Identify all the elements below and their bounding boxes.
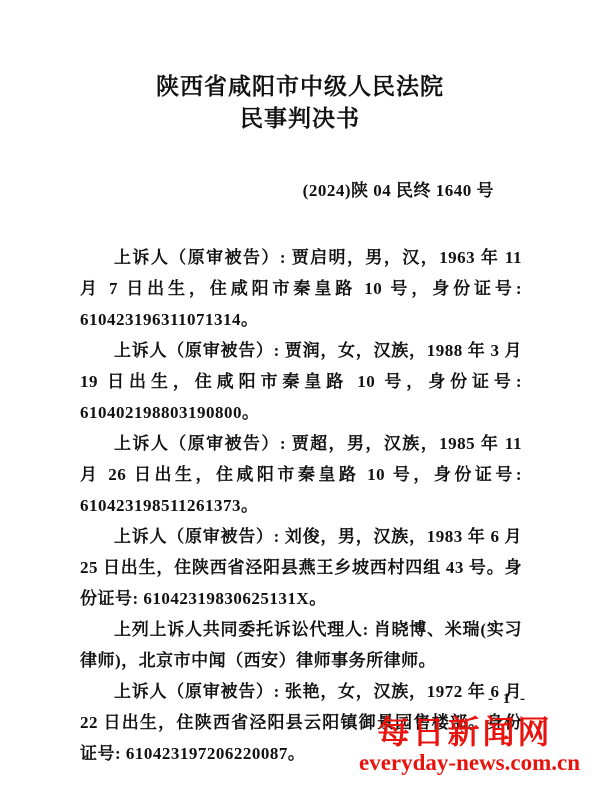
document-page: 陕西省咸阳市中级人民法院 民事判决书 (2024)陕 04 民终 1640 号 … [0,0,600,791]
watermark-site-name: 每日新闻网 [359,713,571,751]
party-paragraph-appellant-4: 上诉人（原审被告）: 刘俊，男，汉族，1983 年 6 月 25 日出生，住陕西… [80,521,522,614]
court-name: 陕西省咸阳市中级人民法院 [0,71,600,103]
case-number-row: (2024)陕 04 民终 1640 号 [0,176,600,201]
watermark-site-url: everyday-news.com.cn [359,751,571,775]
party-paragraph-appellant-3: 上诉人（原审被告）: 贾超，男，汉族，1985 年 11 月 26 日出生，住咸… [80,428,522,521]
party-paragraph-appellant-2: 上诉人（原审被告）: 贾润，女，汉族，1988 年 3 月 19 日出生，住咸阳… [80,335,522,428]
document-type-title: 民事判决书 [0,103,600,135]
case-number: (2024)陕 04 民终 1640 号 [303,181,494,200]
party-paragraph-litigation-agents: 上列上诉人共同委托诉讼代理人: 肖晓博、米瑞(实习律师)，北京市中闻（西安）律师… [80,614,522,676]
document-header: 陕西省咸阳市中级人民法院 民事判决书 [0,0,600,135]
judgment-body: 上诉人（原审被告）: 贾启明，男，汉，1963 年 11 月 7 日出生，住咸阳… [80,242,522,769]
watermark: 每日新闻网 everyday-news.com.cn [359,713,571,775]
party-paragraph-appellant-1: 上诉人（原审被告）: 贾启明，男，汉，1963 年 11 月 7 日出生，住咸阳… [80,242,522,335]
page-number: - 1 - [488,691,528,708]
